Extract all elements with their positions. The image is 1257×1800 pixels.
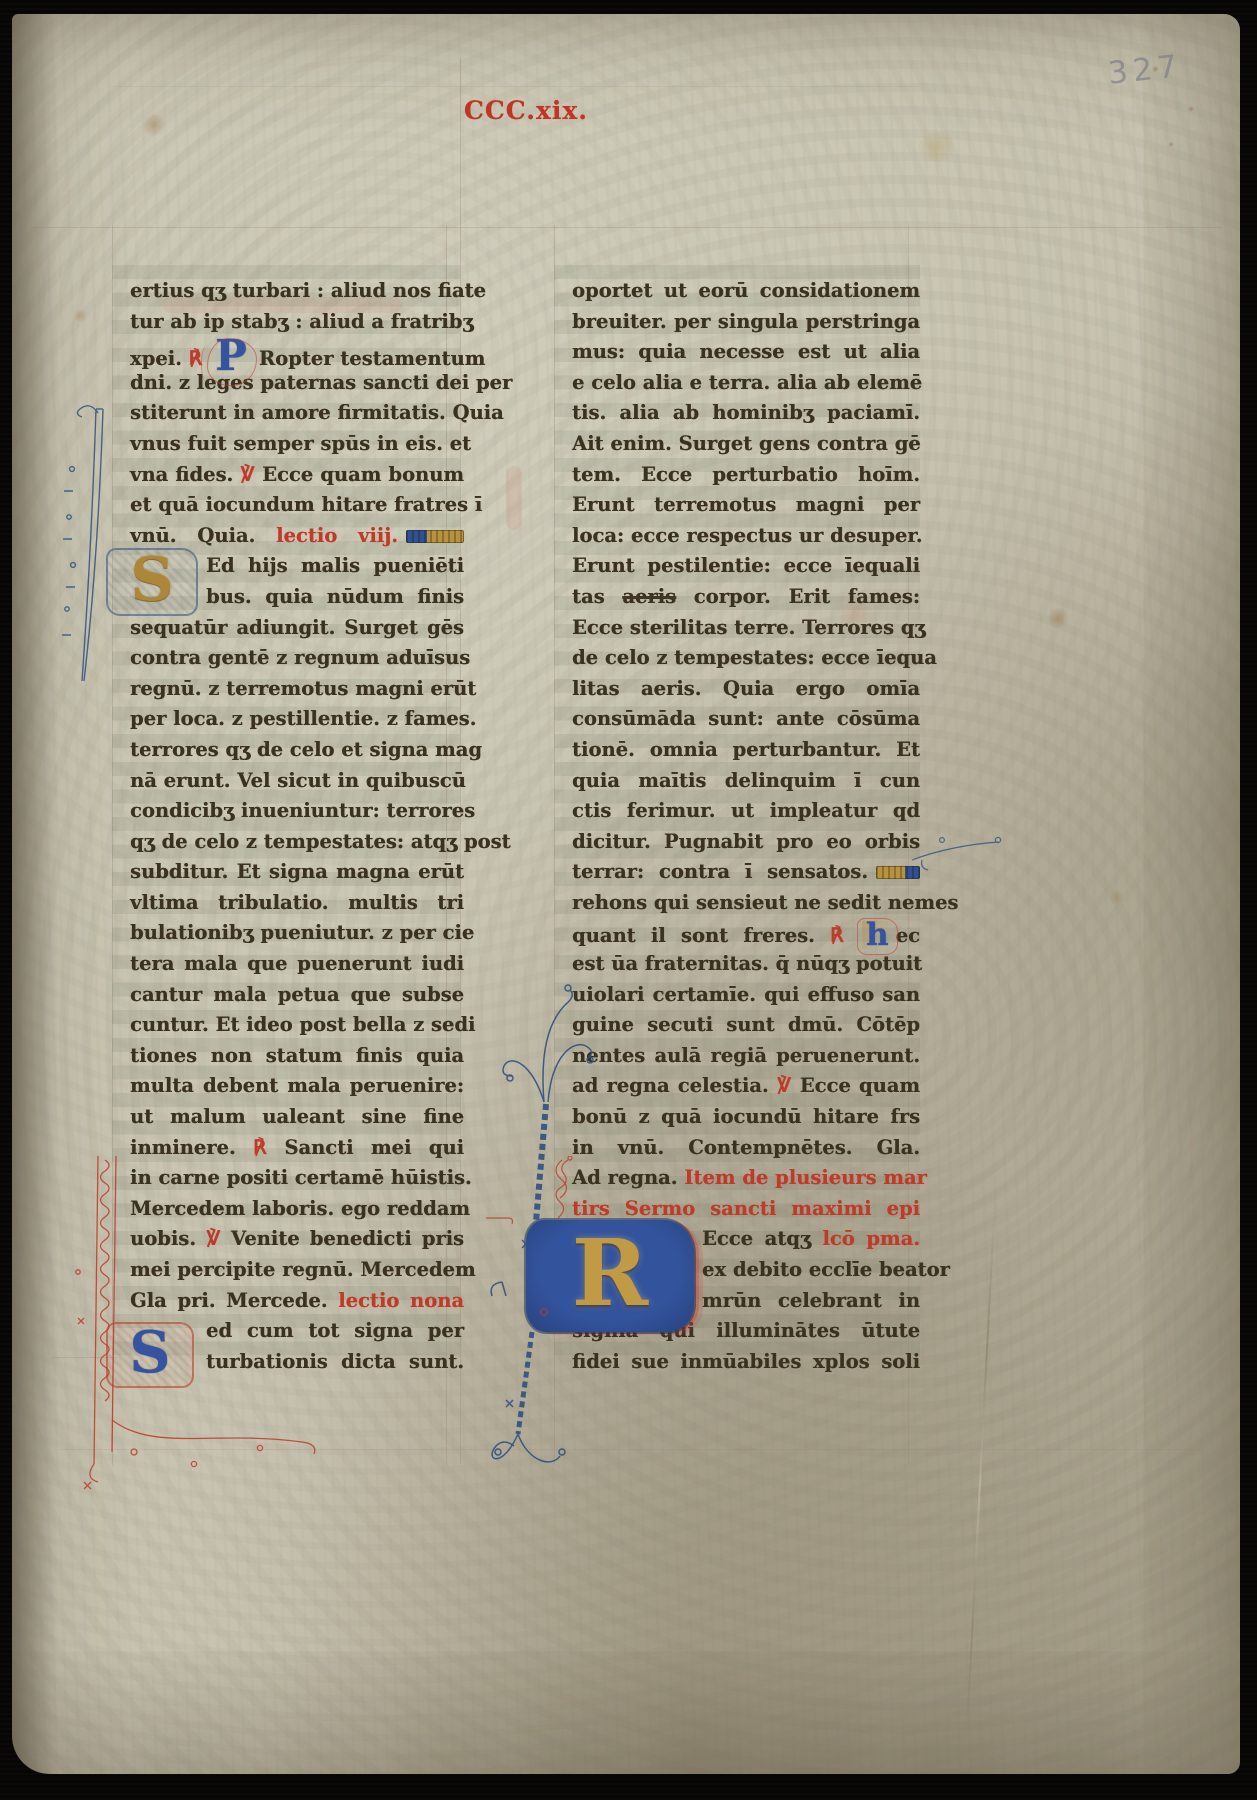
body-text: litas aeris. Quia ergo omīa [572,677,920,700]
rubric-text: tirs Sermo sancti maximi epi [572,1197,920,1220]
manuscript-text-line: Mercedem laboris. ego reddam [130,1194,464,1225]
body-text: Erunt pestilentie: ecce īequali [572,554,920,577]
manuscript-text-line: et quā iocundum hitare fratres ī [130,490,464,521]
body-text: tis. alia ab hominibʒ paciamī. [572,401,920,424]
body-text: Sancti mei qui [284,1136,464,1159]
manuscript-text-line: regnū. z terremotus magni erūt [130,674,464,705]
body-text: nā erunt. Vel sicut in quibuscū [130,769,466,792]
body-text: inminere. [130,1136,253,1159]
manuscript-text-line: terrores qʒ de celo et signa mag [130,735,464,766]
manuscript-text-line: tas aeris corpor. Erit fames: [572,582,920,613]
inline-initial: h [862,921,893,949]
manuscript-text-line: ertius qʒ turbari : aliud nos fiate [130,276,464,307]
manuscript-text-line: Ecce sterilitas terre. Terrores qʒ [572,613,920,644]
manuscript-text-line: in carne positi certamē hūistis. [130,1163,464,1194]
body-text: in carne positi certamē hūistis. [130,1166,472,1189]
body-text: per loca. z pestillentie. z fames. [130,707,476,730]
rubric-text: lectio viij. [276,524,398,547]
manuscript-text-line: contra gentē z regnum aduīsus [130,643,464,674]
versicle-marker: ℟ [830,924,859,947]
body-text: corpor. Erit fames: [676,585,920,608]
manuscript-text-line: Ed hijs malis pueniēti [130,551,464,582]
manuscript-text-line: vnū. Quia. lectio viij. [130,521,464,552]
manuscript-text-line: tur ab ip stabʒ : aliud a fratribʒ [130,307,464,338]
stain [1168,142,1174,147]
manuscript-text-line: sequatūr adiungit. Surget gēs [130,613,464,644]
manuscript-text-line: signia qui illuminātes ūtute [572,1316,920,1347]
manuscript-text-line: ut malum ualeant sine fine [130,1102,464,1133]
manuscript-text-line: bulationibʒ pueniutur. z per cie [130,918,464,949]
body-text: bulationibʒ pueniutur. z per cie [130,921,474,944]
manuscript-text-line: Ecce atqʒ lcō pma. [572,1224,920,1255]
photo-backdrop: CCC.xix. 327 S S ertius qʒ turbari : ali… [0,0,1257,1800]
body-text: aeris [622,585,676,608]
manuscript-text-line: rehons qui sensieut ne sedit nemes [572,888,920,919]
stain [1108,890,1126,904]
penwork-flourish-blue-left-margin [60,399,130,689]
manuscript-text-line: vnus fuit semper spūs in eis. et [130,429,464,460]
ruling-line-header [32,227,1222,228]
manuscript-text-line: in vnū. Contempnētes. Gla. [572,1133,920,1164]
manuscript-text-line: mei percipite regnū. Mercedem [130,1255,464,1286]
manuscript-text-line: breuiter. per singula perstringa [572,307,920,338]
body-text: Ecce atqʒ [702,1227,822,1250]
manuscript-text-line: dicitur. Pugnabit pro eo orbis [572,827,920,858]
text-column-right: R oportet ut eorū considationembreuiter.… [572,276,920,1377]
body-text: ad regna celestia. [572,1074,777,1097]
manuscript-text-line: tis. alia ab hominibʒ paciamī. [572,398,920,429]
body-text: qʒ de celo z tempestates: atqʒ post [130,830,511,853]
line-filler-ornament [876,866,920,879]
body-text: xpei. [130,347,189,370]
body-text: ertius qʒ turbari : aliud nos fiate [130,279,486,302]
manuscript-text-line: Erunt terremotus magni per [572,490,920,521]
manuscript-text-line: uobis. ℣ Venite benedicti pris [130,1224,464,1255]
ruling-line-margin-stub [52,1357,118,1358]
body-text: tem. Ecce perturbatio hoīm. [572,463,920,486]
manuscript-page: CCC.xix. 327 S S ertius qʒ turbari : ali… [12,14,1240,1774]
body-text: Ecce quam [800,1074,920,1097]
manuscript-text-line: cantur mala petua que subse [130,980,464,1011]
body-text: uobis. [130,1227,206,1250]
body-text: fidei sue inmūabiles xplos soli [572,1350,920,1373]
body-text: tera mala que puenerunt iudi [130,952,464,975]
body-text: cantur mala petua que subse [130,983,464,1006]
ruling-line-col-right-edge [554,225,555,1465]
body-text: Ed hijs malis pueniēti [206,554,464,577]
body-text: Erunt terremotus magni per [572,493,920,516]
body-text: e celo alia e terra. alia ab elemē [572,371,922,394]
manuscript-text-line: stiterunt in amore firmitatis. Quia [130,398,464,429]
body-text: tur ab ip stabʒ : aliud a fratribʒ [130,310,473,333]
body-text: Ropter testamentum [259,347,485,370]
manuscript-text-line: turbationis dicta sunt. [130,1347,464,1378]
rubric-text: lectio nona [338,1289,464,1312]
manuscript-text-line: ad regna celestia. ℣ Ecce quam [572,1071,920,1102]
manuscript-text-line: Ait enim. Surget gens contra gē [572,429,920,460]
ruling-line-bottom [60,1449,1200,1450]
rubric-text: lcō pma. [822,1227,920,1250]
stain [140,114,168,136]
body-text: oportet ut eorū considationem [572,279,920,302]
page-heading-roman-numeral: CCC.xix. [464,98,588,123]
stain [1188,106,1194,112]
body-text: tionē. omnia perturbantur. Et [572,738,920,761]
body-text: loca: ecce respectus ur desuper. [572,524,923,547]
manuscript-text-line: uiolari certamīe. qui effuso san [572,980,920,1011]
manuscript-text-line: condicibʒ inueniuntur: terrores [130,796,464,827]
body-text: mrūn celebrant in [702,1289,920,1312]
manuscript-text-line: loca: ecce respectus ur desuper. [572,521,920,552]
body-text: uiolari certamīe. qui effuso san [572,983,920,1006]
body-text: Ecce quam bonum [262,463,464,486]
manuscript-text-line: nā erunt. Vel sicut in quibuscū [130,766,464,797]
manuscript-text-line: bus. quia nūdum finis [130,582,464,613]
body-text: bonū z quā iocundū hitare frs [572,1105,920,1128]
pencil-folio-number: 327 [1106,48,1184,92]
body-text: ctis ferimur. ut impleatur qd [572,799,920,822]
manuscript-text-line: ex debito ecclīe beator [572,1255,920,1286]
manuscript-text-line: tiones non statum finis quia [130,1041,464,1072]
body-text: cuntur. Et ideo post bella z sedi [130,1013,475,1036]
body-text: et quā iocundum hitare fratres ī [130,493,482,516]
manuscript-text-line: nentes aulā regiā peruenerunt. [572,1041,920,1072]
body-text: tiones non statum finis quia [130,1044,464,1067]
versicle-marker: ℟ [253,1136,284,1159]
body-text: ed cum tot signa per [206,1319,464,1342]
body-text: ut malum ualeant sine fine [130,1105,464,1128]
body-text: in vnū. Contempnētes. Gla. [572,1136,920,1159]
body-text: vltima tribulatio. multis tri [130,891,464,914]
manuscript-text-line: Ad regna. Item de plusieurs mar [572,1163,920,1194]
text-column-left: S S ertius qʒ turbari : aliud nos fiatet… [130,276,464,1377]
ruling-line-top [110,86,920,87]
manuscript-text-line: fidei sue inmūabiles xplos soli [572,1347,920,1378]
body-text: quant il sont freres. [572,924,830,947]
body-text: mus: quia necesse est ut alia [572,340,920,363]
parchment-crease [966,1194,996,1733]
manuscript-text-line: vna fides. ℣ Ecce quam bonum [130,460,464,491]
manuscript-text-line: mrūn celebrant in [572,1286,920,1317]
rubric-text: Item de plusieurs mar [684,1166,927,1189]
body-text: dni. z leges paternas sancti dei per [130,371,512,394]
body-text: Gla pri. Mercede. [130,1289,338,1312]
manuscript-text-line: tirs Sermo sancti maximi epi [572,1194,920,1225]
manuscript-text-line: subditur. Et signa magna erūt [130,857,464,888]
body-text: rehons qui sensieut ne sedit nemes [572,891,958,914]
body-text: consūmāda sunt: ante cōsūma [572,707,920,730]
body-text: sequatūr adiungit. Surget gēs [130,616,464,639]
body-text: tas [572,585,622,608]
manuscript-text-line: tem. Ecce perturbatio hoīm. [572,460,920,491]
manuscript-text-line: cuntur. Et ideo post bella z sedi [130,1010,464,1041]
body-text: contra gentē z regnum aduīsus [130,646,470,669]
manuscript-text-line: de celo z tempestates: ecce īequa [572,643,920,674]
manuscript-text-line: vltima tribulatio. multis tri [130,888,464,919]
manuscript-text-line: guine secuti sunt dmū. Cōtēp [572,1010,920,1041]
body-text: Ecce sterilitas terre. Terrores qʒ [572,616,925,639]
body-text: dicitur. Pugnabit pro eo orbis [572,830,920,853]
body-text: terrar: contra ī sensatos. [572,860,868,883]
versicle-marker: ℣ [240,463,262,486]
ruling-line-col-left-edge [112,225,113,1465]
manuscript-text-line: per loca. z pestillentie. z fames. [130,704,464,735]
body-text: nentes aulā regiā peruenerunt. [572,1044,920,1067]
manuscript-text-line: multa debent mala peruenire: [130,1071,464,1102]
body-text: Venite benedicti pris [231,1227,464,1250]
manuscript-text-line: inminere. ℟ Sancti mei qui [130,1133,464,1164]
body-text: vna fides. [130,463,240,486]
body-text: guine secuti sunt dmū. Cōtēp [572,1013,920,1036]
manuscript-text-line: mus: quia necesse est ut alia [572,337,920,368]
body-text: subditur. Et signa magna erūt [130,860,464,883]
body-text: signia qui illuminātes ūtute [572,1319,920,1342]
body-text: breuiter. per singula perstringa [572,310,920,333]
manuscript-text-line: Gla pri. Mercede. lectio nona [130,1286,464,1317]
manuscript-text-line: terrar: contra ī sensatos. [572,857,920,888]
body-text: turbationis dicta sunt. [206,1350,464,1373]
stain [72,309,88,322]
manuscript-text-line: tera mala que puenerunt iudi [130,949,464,980]
versicle-marker: ℣ [777,1074,800,1097]
manuscript-text-line: bonū z quā iocundū hitare frs [572,1102,920,1133]
line-filler-ornament [406,530,464,543]
body-text: ec [896,924,920,947]
stain [1046,608,1070,628]
body-text: est ūa fraternitas. q̄ nūqʒ potuit [572,952,922,975]
body-text: terrores qʒ de celo et signa mag [130,738,482,761]
body-text: Mercedem laboris. ego reddam [130,1197,470,1220]
manuscript-text-line: oportet ut eorū considationem [572,276,920,307]
inline-initial: P [215,342,247,370]
manuscript-text-line: ed cum tot signa per [130,1316,464,1347]
body-text: multa debent mala peruenire: [130,1074,464,1097]
body-text: stiterunt in amore firmitatis. Quia [130,401,504,424]
manuscript-text-line: litas aeris. Quia ergo omīa [572,674,920,705]
body-text: vnū. Quia. [130,524,276,547]
body-text: mei percipite regnū. Mercedem [130,1258,476,1281]
stain [914,132,960,162]
body-text: condicibʒ inueniuntur: terrores [130,799,475,822]
body-text: bus. quia nūdum finis [206,585,464,608]
penwork-hairline-blue-right-margin [908,830,1008,874]
manuscript-text-line: quant il sont freres. ℟ hec [572,918,920,949]
body-text: regnū. z terremotus magni erūt [130,677,476,700]
body-text: quia maītis delinquim ī cun [572,769,920,792]
ink-showthrough [506,466,522,530]
manuscript-text-line: qʒ de celo z tempestates: atqʒ post [130,827,464,858]
body-text: Ad regna. [572,1166,684,1189]
manuscript-text-line: xpei. ℟ PRopter testamentum [130,337,464,368]
body-text: ex debito ecclīe beator [702,1258,950,1281]
body-text: de celo z tempestates: ecce īequa [572,646,937,669]
manuscript-text-line: dni. z leges paternas sancti dei per [130,368,464,399]
manuscript-text-line: tionē. omnia perturbantur. Et [572,735,920,766]
manuscript-text-line: consūmāda sunt: ante cōsūma [572,704,920,735]
manuscript-text-line: quia maītis delinquim ī cun [572,766,920,797]
manuscript-text-line: e celo alia e terra. alia ab elemē [572,368,920,399]
body-text: vnus fuit semper spūs in eis. et [130,432,471,455]
versicle-marker: ℣ [206,1227,231,1250]
body-text: Ait enim. Surget gens contra gē [572,432,921,455]
manuscript-text-line: Erunt pestilentie: ecce īequali [572,551,920,582]
manuscript-text-line: ctis ferimur. ut impleatur qd [572,796,920,827]
